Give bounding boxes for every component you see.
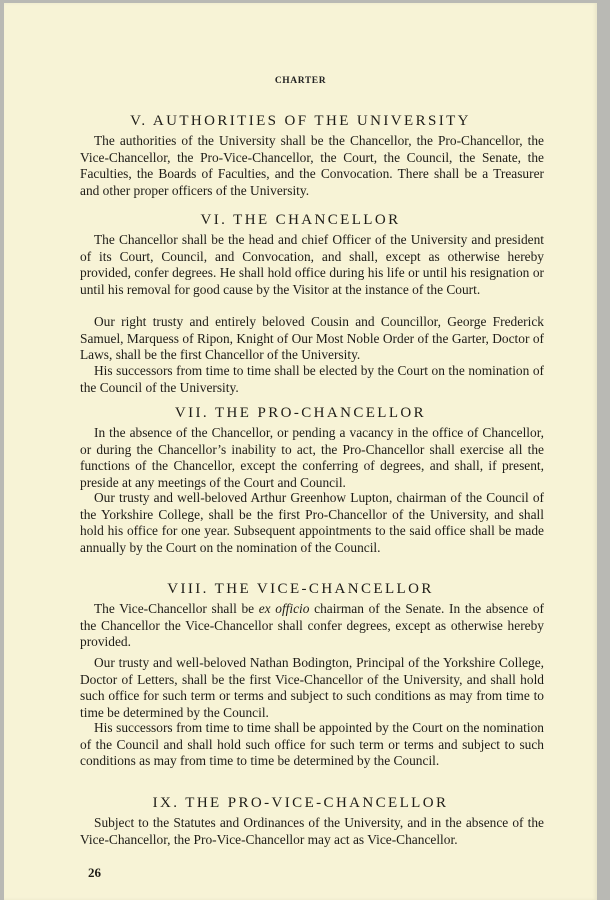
page-number: 26 [88,865,101,881]
paragraph: In the absence of the Chancellor, or pen… [80,425,544,491]
section-heading-authorities: V. AUTHORITIES OF THE UNIVERSITY [4,113,597,130]
paragraph: The Chancellor shall be the head and chi… [80,232,544,298]
paragraph: Our trusty and well-beloved Arthur Green… [80,490,544,556]
paragraph: Our right trusty and entirely beloved Co… [80,314,544,364]
paragraph: His successors from time to time shall b… [80,720,544,770]
paragraph: Subject to the Statutes and Ordinances o… [80,815,544,848]
text: The Vice-Chancellor shall be [94,601,259,616]
section-heading-pro-vice-chancellor: IX. THE PRO-VICE-CHANCELLOR [4,795,597,812]
paragraph-ex-officio: The Vice-Chancellor shall be ex officio … [80,601,544,651]
paragraph: His successors from time to time shall b… [80,363,544,396]
paragraph: Our trusty and well-beloved Nathan Bodin… [80,655,544,721]
section-heading-vice-chancellor: VIII. THE VICE-CHANCELLOR [4,581,597,598]
section-heading-chancellor: VI. THE CHANCELLOR [4,212,597,229]
paragraph: The authorities of the University shall … [80,133,544,199]
running-head: CHARTER [4,76,597,86]
section-heading-pro-chancellor: VII. THE PRO-CHANCELLOR [4,405,597,422]
italic-term: ex officio [259,601,310,616]
document-page: CHARTER V. AUTHORITIES OF THE UNIVERSITY… [4,3,597,900]
